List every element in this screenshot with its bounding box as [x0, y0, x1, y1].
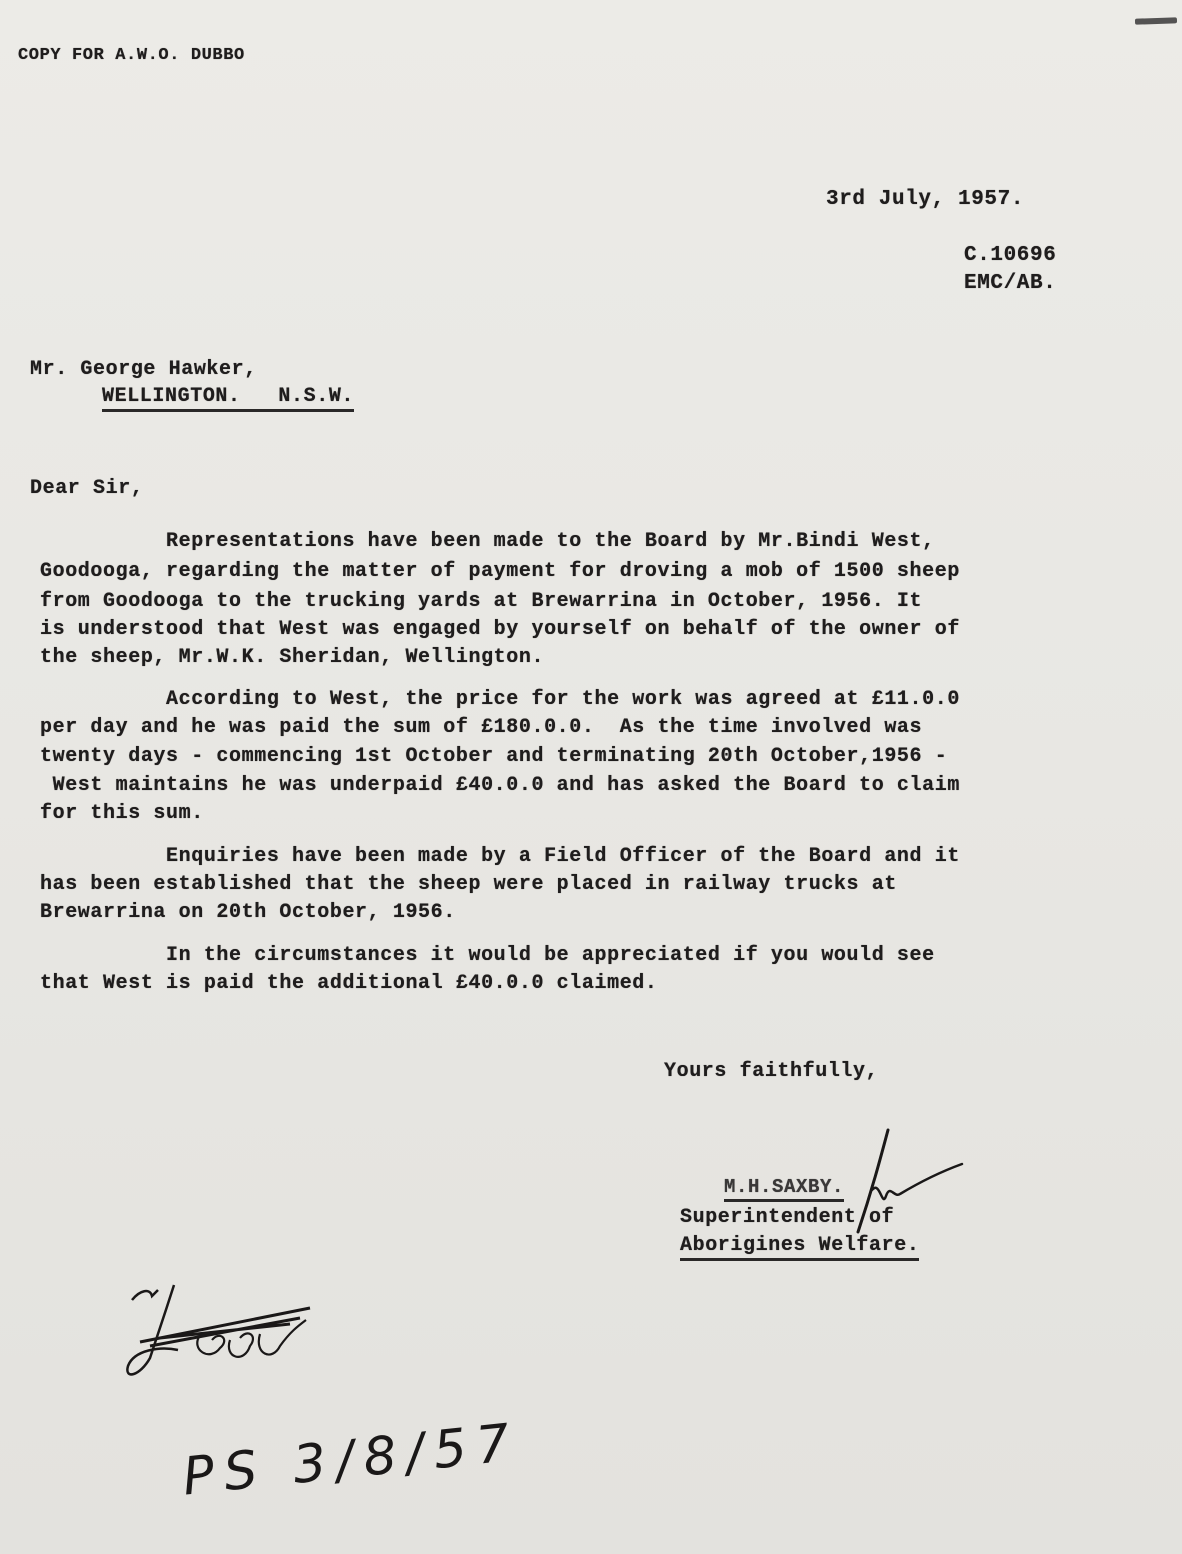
body-line: the sheep, Mr.W.K. Sheridan, Wellington. — [40, 646, 544, 669]
body-line: from Goodooga to the trucking yards at B… — [40, 590, 922, 613]
body-line: West maintains he was underpaid £40.0.0 … — [40, 774, 960, 797]
letter-date: 3rd July, 1957. — [826, 188, 1024, 211]
corner-mark — [1135, 17, 1177, 24]
addressee-location: WELLINGTON. N.S.W. — [102, 385, 354, 412]
typist-initials: EMC/AB. — [964, 272, 1056, 295]
body-line: Brewarrina on 20th October, 1956. — [40, 901, 456, 924]
handwritten-annotation: PS 3/8/57 — [180, 1412, 523, 1507]
body-line: is understood that West was engaged by y… — [40, 618, 960, 641]
body-line: has been established that the sheep were… — [40, 873, 897, 896]
handwritten-initials-icon — [120, 1280, 320, 1390]
salutation: Dear Sir, — [30, 477, 143, 500]
closing: Yours faithfully, — [664, 1060, 878, 1083]
body-line: twenty days - commencing 1st October and… — [40, 745, 947, 768]
body-line: per day and he was paid the sum of £180.… — [40, 716, 922, 739]
letter-page: COPY FOR A.W.O. DUBBO 3rd July, 1957. C.… — [0, 0, 1182, 1554]
reference-number: C.10696 — [964, 244, 1056, 267]
body-line: Enquiries have been made by a Field Offi… — [40, 845, 960, 868]
body-line: Goodooga, regarding the matter of paymen… — [40, 560, 960, 583]
addressee-name: Mr. George Hawker, — [30, 358, 257, 381]
body-line: According to West, the price for the wor… — [40, 688, 960, 711]
copy-notice: COPY FOR A.W.O. DUBBO — [18, 46, 245, 65]
body-line: that West is paid the additional £40.0.0… — [40, 972, 658, 995]
body-line: for this sum. — [40, 802, 204, 825]
signature-icon — [820, 1120, 980, 1240]
body-line: Representations have been made to the Bo… — [40, 530, 935, 553]
body-line: In the circumstances it would be appreci… — [40, 944, 935, 967]
